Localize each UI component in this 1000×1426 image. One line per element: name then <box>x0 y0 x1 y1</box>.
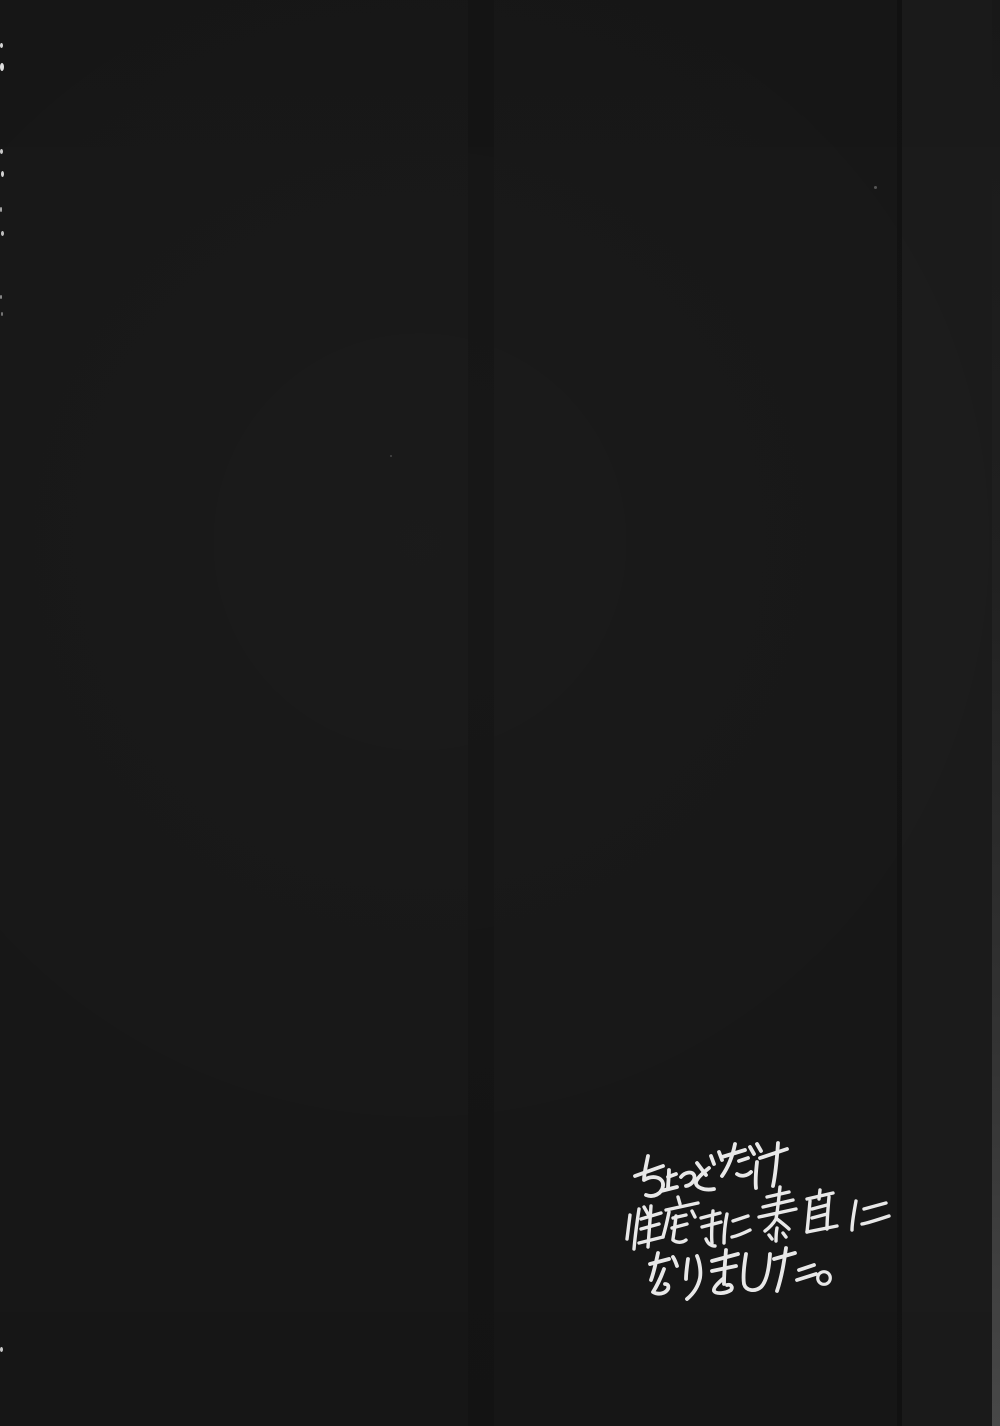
scan-speck <box>1 171 4 177</box>
scan-band-dark <box>468 0 494 1426</box>
page-right-edge-highlight <box>992 0 1000 1426</box>
scan-speck <box>874 186 877 189</box>
scan-speck <box>390 455 392 457</box>
scan-band-light <box>902 0 992 1426</box>
scan-speck <box>0 43 3 48</box>
scan-speck <box>0 295 2 299</box>
handwritten-note: ちょっとだけ 性癖に素直に なりました。 <box>615 1128 905 1313</box>
scan-speck <box>0 1347 3 1352</box>
scanned-black-page: ちょっとだけ 性癖に素直に なりました。 <box>0 0 1000 1426</box>
scan-speck <box>0 63 4 71</box>
scan-speck <box>0 149 3 154</box>
scan-speck <box>1 231 4 236</box>
scan-speck <box>0 207 2 212</box>
scan-speck <box>1 312 3 316</box>
handwriting-strokes <box>627 1143 889 1299</box>
